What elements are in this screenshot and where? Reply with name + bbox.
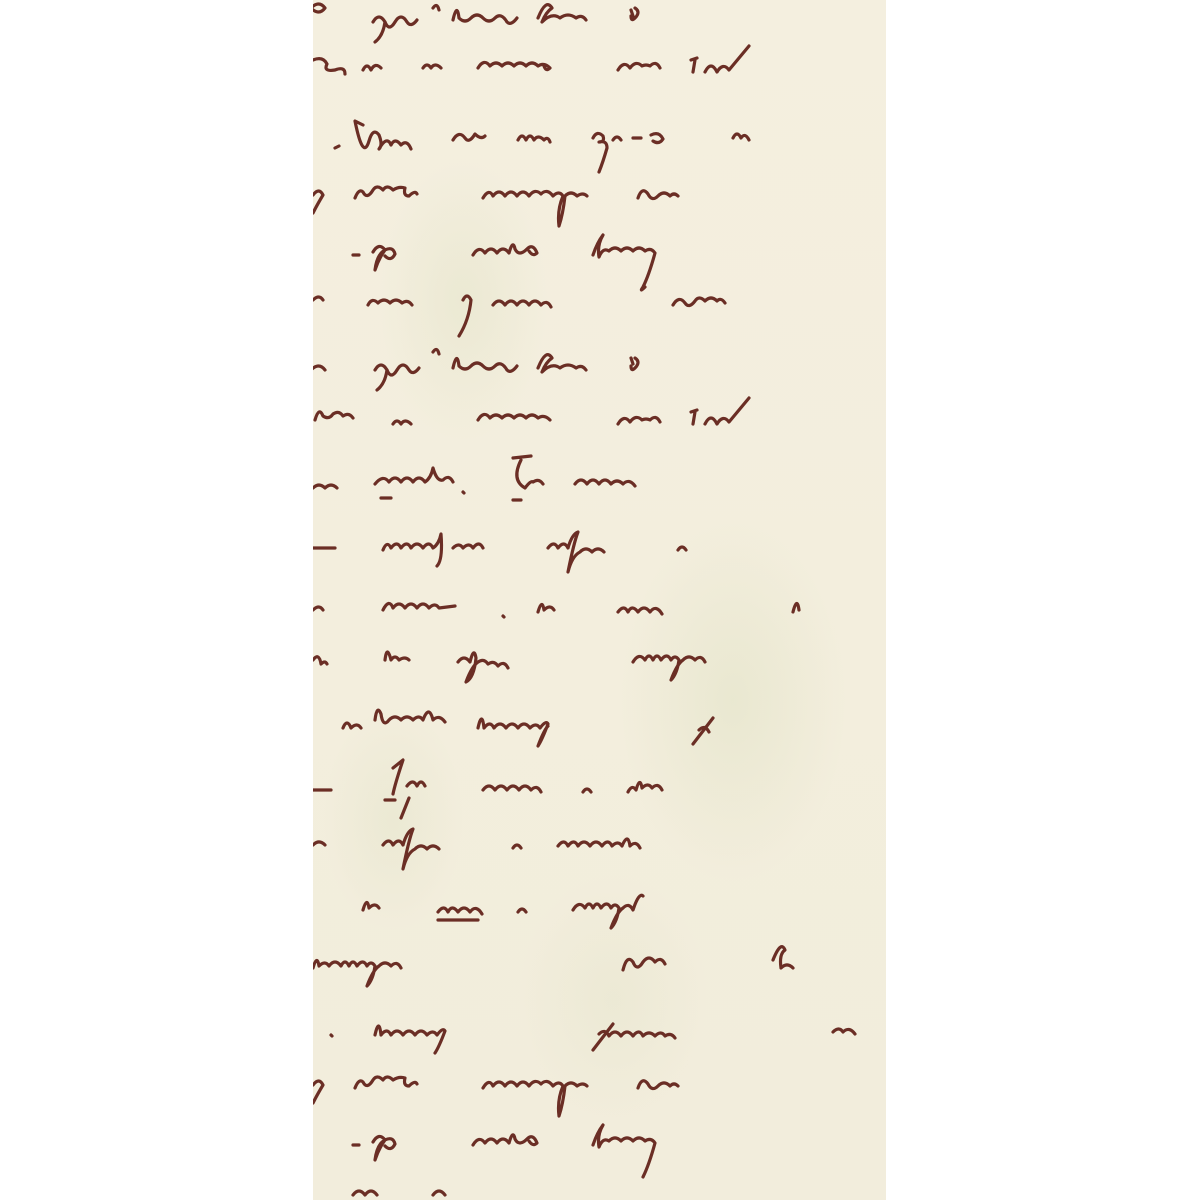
- handwriting-line: hacuucnefi xeuueccce: [313, 1015, 886, 1075]
- handwriting-line: Mnokappeasi ecpdzga: [313, 530, 886, 590]
- handwriting-line: le nare ocuuogpid: [313, 890, 886, 950]
- handwriting-line: Igc ooeeu lea: [313, 765, 886, 825]
- handwriting-line: ocunprioe arare don: [313, 950, 886, 1010]
- handwritten-word: ooeeu: [313, 465, 316, 466]
- handwritten-word: don: [313, 950, 315, 951]
- handwriting-line: your kove fmo is: [313, 10, 886, 70]
- handwriting-line: Iges on uro rge: [313, 125, 886, 185]
- handwriting-line: ro lanaepe hacuucnefi: [313, 705, 886, 765]
- handwriting-line: oucesoda Igc ooeeu: [313, 465, 886, 525]
- handwritten-word: mo: [313, 65, 315, 66]
- handwritten-word: xeuueccce: [313, 1015, 318, 1016]
- handwritten-word: on: [313, 1070, 314, 1071]
- handwriting-line: go auoles forceny: [313, 235, 886, 295]
- handwritten-word: rge: [313, 125, 315, 126]
- wallpaper-sample: your kove fmo is ocakce mo Iges on uro r…: [313, 0, 886, 1200]
- handwriting-line: ecpdzga roucuoeeru: [313, 825, 886, 885]
- handwriting-line: acec4 nakeerga on: [313, 1070, 886, 1130]
- handwriting-line: ocakce mo: [313, 65, 886, 125]
- handwritten-word: roucuoeeru: [313, 825, 319, 826]
- handwritten-word: on: [313, 180, 314, 181]
- handwritten-word: forceny: [313, 1125, 317, 1126]
- handwritten-word: hacuucnefi: [313, 705, 319, 706]
- handwritten-word: ocunprioe: [313, 645, 318, 646]
- handwriting-line: kou ocakce mo: [313, 405, 886, 465]
- handwriting-line: acec4 nakeerga on: [313, 180, 886, 240]
- handwritten-word: nare: [313, 590, 315, 591]
- handwritten-word: lea: [313, 765, 315, 766]
- handwritten-word: is: [313, 10, 314, 11]
- handwriting-line: ueecepeu le nare: [313, 590, 886, 650]
- handwritten-word: is: [313, 350, 314, 351]
- handwriting-line: go auoles forceny: [313, 1125, 886, 1185]
- handwriting-line: caacs uuuce deruy: [313, 290, 886, 350]
- handwritten-word: ecpdzga: [313, 530, 317, 531]
- handwriting-line: ho apxoe ocunprioe: [313, 645, 886, 705]
- handwriting-line: your kove fmo is: [313, 350, 886, 410]
- handwritten-word: deruy: [313, 290, 316, 291]
- handwritten-word: mo: [313, 405, 315, 406]
- handwritten-word: forceny: [313, 235, 317, 236]
- handwritten-word: ocuuogpid: [313, 890, 318, 891]
